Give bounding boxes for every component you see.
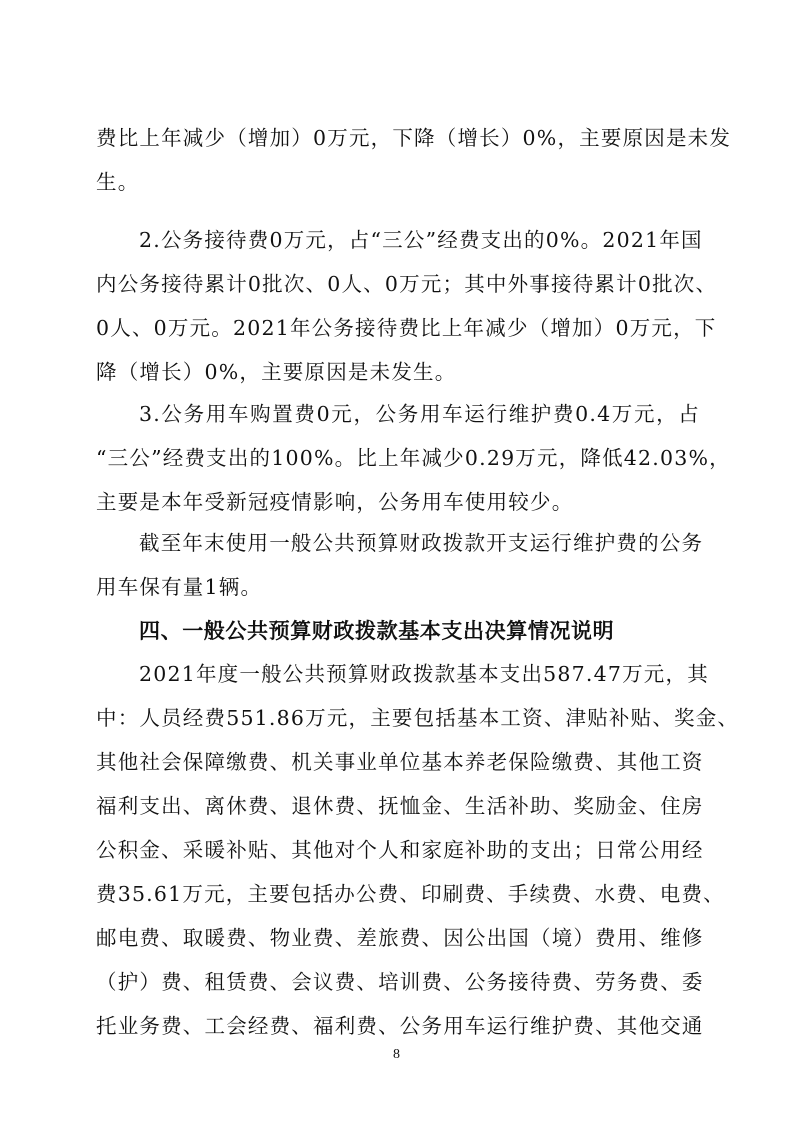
body-text-line: 0人、0万元。2021年公务接待费比上年减少（增加）0万元，下 <box>96 313 700 343</box>
body-text-line: 邮电费、取暖费、物业费、差旅费、因公出国（境）费用、维修 <box>96 923 700 953</box>
body-text-line: 截至年末使用一般公共预算财政拨款开支运行维护费的公务 <box>139 528 700 558</box>
body-text-line: 2.公务接待费0万元，占“三公”经费支出的0%。2021年国 <box>139 225 700 255</box>
body-text-line: （护）费、租赁费、会议费、培训费、公务接待费、劳务费、委 <box>96 967 700 997</box>
document-page: 费比上年减少（增加）0万元，下降（增长）0%，主要原因是未发 生。 2.公务接待… <box>0 0 793 1122</box>
body-text-line: 托业务费、工会经费、福利费、公务用车运行维护费、其他交通 <box>96 1011 700 1041</box>
body-text-line: 降（增长）0%，主要原因是未发生。 <box>96 357 700 387</box>
section-heading: 四、一般公共预算财政拨款基本支出决算情况说明 <box>139 616 614 646</box>
body-text-line: 费比上年减少（增加）0万元，下降（增长）0%，主要原因是未发 <box>96 123 700 153</box>
body-text-line: 用车保有量1辆。 <box>96 572 700 602</box>
body-text-line: 福利支出、离休费、退休费、抚恤金、生活补助、奖励金、住房 <box>96 791 700 821</box>
body-text-line: 中：人员经费551.86万元，主要包括基本工资、津贴补贴、奖金、 <box>96 703 700 733</box>
body-text-line: 其他社会保障缴费、机关事业单位基本养老保险缴费、其他工资 <box>96 747 700 777</box>
body-text-line: 2021年度一般公共预算财政拨款基本支出587.47万元，其 <box>139 659 700 689</box>
body-text-line: “三公”经费支出的100%。比上年减少0.29万元，降低42.03%， <box>96 443 700 473</box>
body-text-line: 主要是本年受新冠疫情影响，公务用车使用较少。 <box>96 487 700 517</box>
body-text-line: 生。 <box>96 167 700 197</box>
page-number: 8 <box>0 1045 793 1065</box>
body-text-line: 内公务接待累计0批次、0人、0万元；其中外事接待累计0批次、 <box>96 269 700 299</box>
body-text-line: 3.公务用车购置费0元，公务用车运行维护费0.4万元，占 <box>139 399 700 429</box>
body-text-line: 公积金、采暖补贴、其他对个人和家庭补助的支出；日常公用经 <box>96 835 700 865</box>
body-text-line: 费35.61万元，主要包括办公费、印刷费、手续费、水费、电费、 <box>96 879 700 909</box>
